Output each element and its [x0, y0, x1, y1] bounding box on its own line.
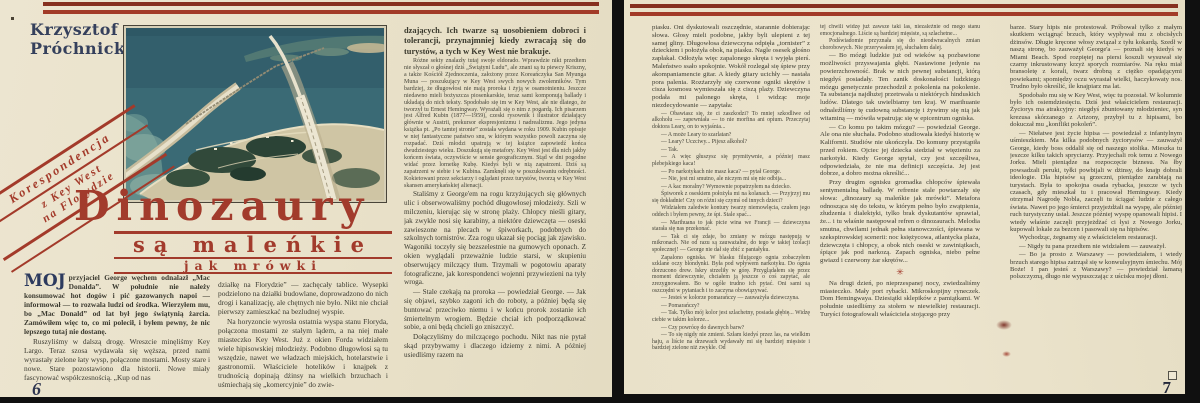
article-paragraph: Na drugi dzień, po nieprzespanej nocy, z… [820, 280, 980, 319]
dialogue-line: — Marihuana to jak picie wina we Francji… [652, 220, 810, 233]
right-column-3: barze. Stary hipis nie protestował. Prób… [1010, 24, 1182, 392]
dialogue-line: — Tak. [652, 147, 810, 154]
dialogue-line: — Jesteś w kolorze pomarańczy — zauważył… [652, 295, 810, 302]
ink-stain [1002, 351, 1011, 357]
dialogue-line: — To się nigdy nie zmieni. Szłam kiedyś … [652, 332, 810, 352]
dialogue-line: — Czy powrócę do dawnych barw? [652, 325, 810, 332]
section-break-star-icon: ✳ [820, 267, 980, 278]
dialogue-line: — Tak. Tylko mój kolor jest szlachetny, … [652, 310, 810, 323]
article-paragraph-small: Podświadomie przyznała się do nieodwraca… [820, 38, 980, 51]
top-rule [630, 4, 1178, 8]
author-name: Krzysztof Próchnicki [30, 20, 132, 58]
page-number-7: 7 [1163, 378, 1172, 394]
article-paragraph: Przy drugim ognisku gromadka chłopców śp… [820, 179, 980, 265]
article-closing-paragraph: — Bo ja prosto z Warszawy — powiedziałem… [1010, 251, 1182, 281]
article-paragraph-small: Różne sekty znalazły tutaj swoje eldorad… [404, 58, 586, 189]
article-paragraph: Ruszyliśmy w dalszą drogę. Wreszcie minę… [24, 337, 210, 382]
top-rule [630, 12, 1178, 16]
left-column-3: dzających. Ich twarze są uosobieniem dob… [404, 26, 586, 390]
left-column-2: działkę na Florydzie” — zachęcały tablic… [218, 280, 388, 393]
article-paragraph: Spodobało mu się w Key West, więc tu poz… [1010, 92, 1182, 129]
article-paragraph-small: Zapalono ogniska. W blasku filującego og… [652, 255, 810, 295]
dialogue-paragraph: — Bo mózgi ludzkie już od wieków są pozb… [820, 52, 980, 122]
right-column-1: piasku. Oni dyskutowali oszczędnie, star… [652, 24, 810, 390]
dialogue-line: — Obawiasz się, że ci zaszkodzi? To mnie… [652, 111, 810, 131]
drop-cap: MÓJ [24, 274, 66, 289]
dialogue-line: — Tak ci się zdaje, bo zmiany w mózgu na… [652, 234, 810, 254]
article-paragraph: barze. Stary hipis nie protestował. Prób… [1010, 24, 1182, 91]
author-first-name: Krzysztof [30, 20, 118, 39]
article-paragraph: Wychodząc, żegnamy się z właścicielem re… [1010, 234, 1182, 241]
right-column-2: tej chwili widzę już zawsze taki las, ni… [820, 24, 980, 390]
dialogue-line: — A więc głuszysz się prymitywnie, a póź… [652, 154, 810, 167]
author-last-name: Próchnicki [30, 39, 132, 58]
dialogue-line: — A może Leary to szarlatan? [652, 132, 810, 139]
article-title: Dinozaury [74, 184, 370, 228]
article-subtitle-2: jak mrówki [114, 259, 392, 272]
page-right: piasku. Oni dyskutowali oszczędnie, star… [624, 0, 1185, 394]
article-paragraph: Dołączyliśmy do milczącego pochodu. Nikt… [404, 333, 586, 359]
article-paragraph: działkę na Florydzie” — zachęcały tablic… [218, 280, 388, 316]
dialogue-paragraph: — Nigdy tu pana przedtem nie widziałem —… [1010, 243, 1182, 250]
article-paragraph-small: Widziałem zaledwie kontury twarzy niemow… [652, 205, 810, 218]
dialogue-line: — Leary? Uczciwy... Pijesz alkohol? [652, 139, 810, 146]
article-lede: dzających. Ich twarze są uosobieniem dob… [404, 26, 586, 57]
page-left: Krzysztof Próchnicki [0, 0, 612, 397]
dialogue-paragraph: — Niełatwe jest życie hipisa — powiedzia… [1010, 130, 1182, 234]
article-paragraph: piasku. Oni dyskutowali oszczędnie, star… [652, 24, 810, 110]
article-paragraph: MÓJprzyjaciel George węchem odnalazł „Ma… [24, 273, 210, 336]
dialogue-line: — Pomarańczy? [652, 303, 810, 310]
article-paragraph: Na horyzoncie wyrosła ostatnia wyspa sta… [218, 317, 388, 389]
top-rule [43, 2, 599, 6]
page-number-6: 6 [32, 379, 41, 397]
article-paragraph: Staliśmy z George'em na rogu krzyżującyc… [404, 190, 586, 287]
magazine-spread: Krzysztof Próchnicki [0, 0, 1200, 403]
dialogue-paragraph: — Stale czekają na proroka — powiedział … [404, 288, 586, 332]
dialogue-line: — Po narkotykach nie masz kaca? — pytał … [652, 169, 810, 176]
ink-stain [996, 320, 1012, 330]
article-paragraph-small: Śpiworek z oseskiem położyła mi na kolan… [652, 191, 810, 204]
print-speck [11, 17, 14, 20]
article-subtitle-1: są maleńkie [114, 233, 392, 257]
left-column-1: MÓJprzyjaciel George węchem odnalazł „Ma… [24, 273, 210, 393]
dialogue-line: — Nie, jest mi smutno, ale niczym mi się… [652, 176, 810, 183]
dialogue-paragraph: — Co komu po takim mózgu? — powiedział G… [820, 124, 980, 179]
article-paragraph-small: tej chwili widzę już zawsze taki las, ni… [820, 24, 980, 37]
dialogue-line: — A kac moralny? Wymownie popatrzyłem na… [652, 184, 810, 191]
top-rule [43, 10, 599, 14]
